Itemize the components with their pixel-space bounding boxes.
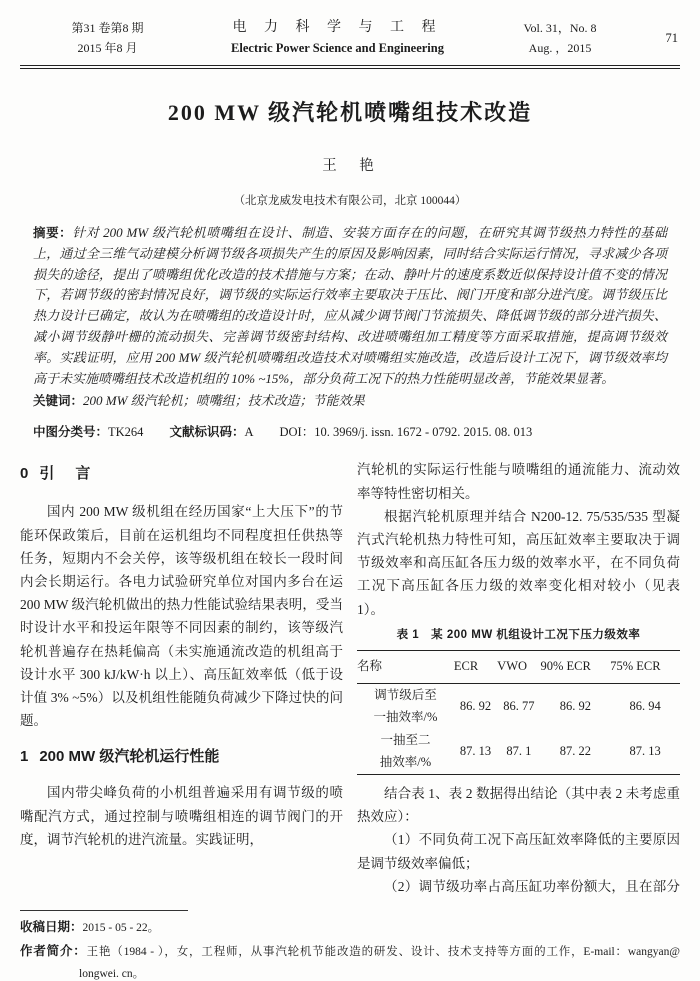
- volume-issue-cn: 第31 卷第8 期: [20, 18, 195, 38]
- paper-page: 第31 卷第8 期 2015 年8 月 电 力 科 学 与 工 程 Electr…: [0, 0, 700, 981]
- table-1-row-1-cell-90ecr: 86. 92: [540, 684, 610, 730]
- table-row: 一抽至二 抽效率/% 87. 13 87. 1 87. 22 87. 13: [357, 729, 680, 775]
- section-1-title: 200 MW 级汽轮机运行性能: [39, 747, 219, 767]
- header-left-block: 第31 卷第8 期 2015 年8 月: [20, 18, 195, 58]
- table-1-row-2-cell-90ecr: 87. 22: [540, 729, 610, 775]
- table-1-row-1-label: 调节级后至 一抽效率/%: [357, 684, 454, 730]
- author-bio-line: 作者简介：王艳（1984 - ），女，工程师，从事汽轮机节能改造的研发、设计、技…: [20, 940, 680, 981]
- right-paragraph-4: （1）不同负荷工况下高压缸效率降低的主要原因是调节级效率偏低；: [357, 828, 680, 874]
- journal-title-en: Electric Power Science and Engineering: [195, 38, 480, 58]
- table-1-row-2-cell-vwo: 87. 1: [497, 729, 540, 775]
- keywords-block: 关键词：200 MW 级汽轮机；喷嘴组；技术改造；节能效果: [33, 390, 667, 412]
- keywords-label: 关键词：: [33, 394, 83, 408]
- author-name: 王 艳: [20, 154, 680, 175]
- table-1-row-1-cell-vwo: 86. 77: [497, 684, 540, 730]
- journal-title-cn: 电 力 科 学 与 工 程: [195, 18, 480, 38]
- section-0-title: 引 言: [39, 464, 93, 484]
- received-date-label: 收稿日期：: [20, 920, 83, 934]
- header-right-block: Vol. 31，No. 8 Aug. ，2015: [480, 18, 640, 58]
- table-1-header-vwo: VWO: [497, 650, 540, 683]
- section-0-number: 0: [20, 464, 28, 484]
- received-date-line: 收稿日期：2015 - 05 - 22。: [20, 916, 680, 940]
- volume-issue-en: Vol. 31，No. 8: [480, 18, 640, 38]
- abstract-label: 摘要：: [33, 226, 72, 240]
- abstract-text: 针对 200 MW 级汽轮机喷嘴组在设计、制造、安装方面存在的问题，在研究其调节…: [33, 225, 667, 386]
- left-column: 0 引 言 国内 200 MW 级机组在经历国家“上大压下”的节能环保政策后，目…: [20, 458, 343, 901]
- author-bio-text: 王艳（1984 - ），女，工程师，从事汽轮机节能改造的研发、设计、技术支持等方…: [79, 946, 680, 981]
- table-1-row-1-cell-75ecr: 86. 94: [610, 684, 680, 730]
- section-1-number: 1: [20, 747, 28, 767]
- clc-value: TK264: [108, 425, 143, 439]
- table-1-row-2-cell-75ecr: 87. 13: [610, 729, 680, 775]
- right-paragraph-3: 结合表 1、表 2 数据得出结论（其中表 2 未考虑重热效应）：: [357, 782, 680, 828]
- header-center-block: 电 力 科 学 与 工 程 Electric Power Science and…: [195, 18, 480, 58]
- body-columns: 0 引 言 国内 200 MW 级机组在经历国家“上大压下”的节能环保政策后，目…: [20, 458, 680, 901]
- journal-header: 第31 卷第8 期 2015 年8 月 电 力 科 学 与 工 程 Electr…: [20, 18, 680, 58]
- table-1-block: 表 1 某 200 MW 机组设计工况下压力级效率 名称 ECR VWO 90%…: [357, 627, 680, 775]
- date-cn: 2015 年8 月: [20, 38, 195, 58]
- section-0-heading: 0 引 言: [20, 464, 343, 484]
- table-1-row-2-label: 一抽至二 抽效率/%: [357, 729, 454, 775]
- table-1-header-ecr: ECR: [454, 650, 497, 683]
- right-paragraph-5: （2）调节级功率占高压缸功率份额大，且在部分负荷工况下，调节级功率占高压缸功率份…: [357, 875, 680, 902]
- right-paragraph-1: 汽轮机的实际运行性能与喷嘴组的通流能力、流动效率等特性密切相关。: [357, 458, 680, 504]
- received-date-text: 2015 - 05 - 22。: [83, 922, 160, 934]
- section-1-paragraph: 国内带尖峰负荷的小机组普遍采用有调节级的喷嘴配汽方式，通过控制与喷嘴组相连的调节…: [20, 781, 343, 851]
- table-1-header-90ecr: 90% ECR: [540, 650, 610, 683]
- table-1-header-name: 名称: [357, 650, 454, 683]
- date-en: Aug. ，2015: [480, 38, 640, 58]
- keywords-text: 200 MW 级汽轮机；喷嘴组；技术改造；节能效果: [83, 393, 365, 408]
- meta-block: 中图分类号：TK264文献标识码：ADOI：10. 3969/j. issn. …: [33, 422, 667, 443]
- footnote-divider: [20, 910, 188, 911]
- doc-code-value: A: [244, 425, 253, 439]
- author-bio-label: 作者简介：: [20, 944, 87, 958]
- table-1-row-1-label-line1: 调节级后至: [357, 685, 454, 707]
- section-1-heading: 1 200 MW 级汽轮机运行性能: [20, 747, 343, 767]
- table-row: 调节级后至 一抽效率/% 86. 92 86. 77 86. 92 86. 94: [357, 684, 680, 730]
- footnote-block: 收稿日期：2015 - 05 - 22。 作者简介：王艳（1984 - ），女，…: [20, 910, 680, 981]
- section-0-paragraph: 国内 200 MW 级机组在经历国家“上大压下”的节能环保政策后，目前在运机组均…: [20, 500, 343, 732]
- doi-value: 10. 3969/j. issn. 1672 - 0792. 2015. 08.…: [314, 425, 532, 439]
- table-1-row-2-label-line1: 一抽至二: [357, 730, 454, 752]
- table-1-row-1-cell-ecr: 86. 92: [454, 684, 497, 730]
- table-1-row-2-cell-ecr: 87. 13: [454, 729, 497, 775]
- page-number: 71: [640, 31, 680, 46]
- table-1-row-1-label-line2: 一抽效率/%: [357, 707, 454, 729]
- right-paragraph-2: 根据汽轮机原理并结合 N200-12. 75/535/535 型凝汽式汽轮机热力…: [357, 505, 680, 621]
- table-1-title: 表 1 某 200 MW 机组设计工况下压力级效率: [357, 627, 680, 643]
- doi-label: DOI：: [279, 425, 314, 439]
- table-1: 名称 ECR VWO 90% ECR 75% ECR 调节级后至 一抽效率/%: [357, 650, 680, 775]
- article-title: 200 MW 级汽轮机喷嘴组技术改造: [20, 96, 680, 127]
- abstract-block: 摘要：针对 200 MW 级汽轮机喷嘴组在设计、制造、安装方面存在的问题，在研究…: [33, 223, 667, 389]
- right-column: 汽轮机的实际运行性能与喷嘴组的通流能力、流动效率等特性密切相关。 根据汽轮机原理…: [357, 458, 680, 901]
- table-1-header-row: 名称 ECR VWO 90% ECR 75% ECR: [357, 650, 680, 683]
- doc-code-label: 文献标识码：: [169, 425, 244, 439]
- table-1-row-2-label-line2: 抽效率/%: [357, 752, 454, 774]
- clc-label: 中图分类号：: [33, 425, 108, 439]
- header-divider: [20, 65, 680, 69]
- author-affiliation: （北京龙威发电技术有限公司，北京 100044）: [20, 192, 680, 208]
- table-1-header-75ecr: 75% ECR: [610, 650, 680, 683]
